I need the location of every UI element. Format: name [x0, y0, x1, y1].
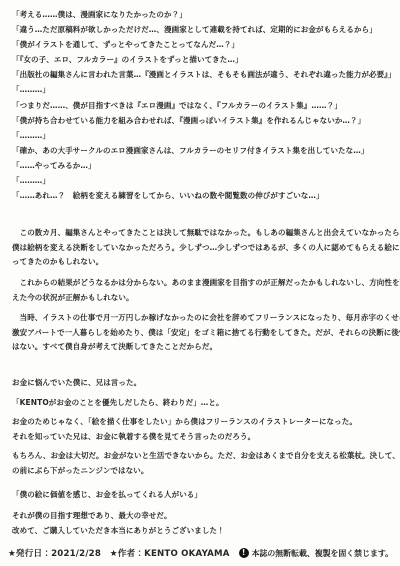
monologue-line: 「……あれ…？ 絵柄を変える練習をしてから、いいねの数や閲覧数の伸びがすごいな…… — [12, 188, 390, 203]
monologue-line: 「考える……僕は、漫画家になりたかったのか？」 — [12, 7, 390, 22]
body-paragraph: この数カ月、編集さんとやってきたことは決して無駄ではなかった。もしあの編集さんと… — [12, 226, 390, 270]
body-paragraph: もちろん、お金は大切だ。お金がないと生活できないから。ただ、お金はあくまで自分を… — [12, 449, 390, 478]
body-paragraph: これからの結果がどうなるかは分からない。あのまま漫画家を目指すのが正解だったかも… — [12, 276, 390, 305]
body-paragraph: お金のためじゃなく、「絵を描く仕事をしたい」から僕はフリーランスのイラストレータ… — [12, 415, 390, 444]
monologue-line: 「『女の子、エロ、フルカラー』のイラストをずっと描いてきた…」 — [12, 52, 390, 67]
monologue-line: 「僕がイラストを通して、ずっとやってきたことってなんだ…？」 — [12, 37, 390, 52]
copyright-notice: ! 本誌の無断転載、複製を固く禁じます。 — [239, 548, 393, 559]
monologue-section: 「考える……僕は、漫画家になりたかったのか？」 「違う…ただ原稿料が欲しかっただ… — [12, 7, 390, 203]
afterword-body: この数カ月、編集さんとやってきたことは決して無駄ではなかった。もしあの編集さんと… — [12, 226, 390, 538]
monologue-line: 「僕が持ち合わせている能力を組み合わせれば、『漫画っぽいイラスト集』を作れるんじ… — [12, 113, 390, 128]
monologue-line: 「………」 — [12, 128, 390, 143]
monologue-line: 「つまりだ……、僕が目指すべきは『エロ漫画』ではなく、『フルカラーのイラスト集』… — [12, 98, 390, 113]
monologue-line: 「………」 — [12, 173, 390, 188]
body-paragraph: 「KENTOがお金のことを優先しだしたら、終わりだ」…と。 — [12, 396, 390, 411]
page-content: 「考える……僕は、漫画家になりたかったのか？」 「違う…ただ原稿料が欲しかっただ… — [0, 0, 400, 538]
copyright-text: 本誌の無断転載、複製を固く禁じます。 — [252, 548, 393, 559]
monologue-line: 「………」 — [12, 82, 390, 97]
body-paragraph: お金に悩んでいた僕に、兄は言った。 — [12, 376, 390, 391]
monologue-line: 「出版社の編集さんに言われた言葉…『漫画とイラストは、そもそも画法が違う、それぞ… — [12, 67, 390, 82]
afterword-page: 「考える……僕は、漫画家になりたかったのか？」 「違う…ただ原稿料が欲しかっただ… — [0, 0, 400, 566]
monologue-line: 「違う…ただ原稿料が欲しかっただけだ…、漫画家として連載を持てれば、定期的にお金… — [12, 22, 390, 37]
body-paragraph: 当時、イラストの仕事で月一万円しか稼げなかったのに会社を辞めてフリーランスになっ… — [12, 311, 390, 355]
publication-info: ★発行日：2021/2/28 ★作者：KENTO OKAYAMA — [8, 547, 230, 559]
warning-icon: ! — [239, 548, 249, 558]
body-paragraph: それが僕の目指す理想であり、最大の幸せだ。改めて、ご購入していただき本当にありが… — [12, 509, 390, 538]
monologue-line: 「確か、あの大手サークルのエロ漫画家さんは、フルカラーのセリフ付きイラスト集を出… — [12, 143, 390, 158]
body-paragraph: 「僕の絵に価値を感じ、お金を払ってくれる人がいる」 — [12, 488, 390, 503]
footer: ★発行日：2021/2/28 ★作者：KENTO OKAYAMA ! 本誌の無断… — [0, 547, 400, 559]
monologue-line: 「……やってみるか…」 — [12, 158, 390, 173]
